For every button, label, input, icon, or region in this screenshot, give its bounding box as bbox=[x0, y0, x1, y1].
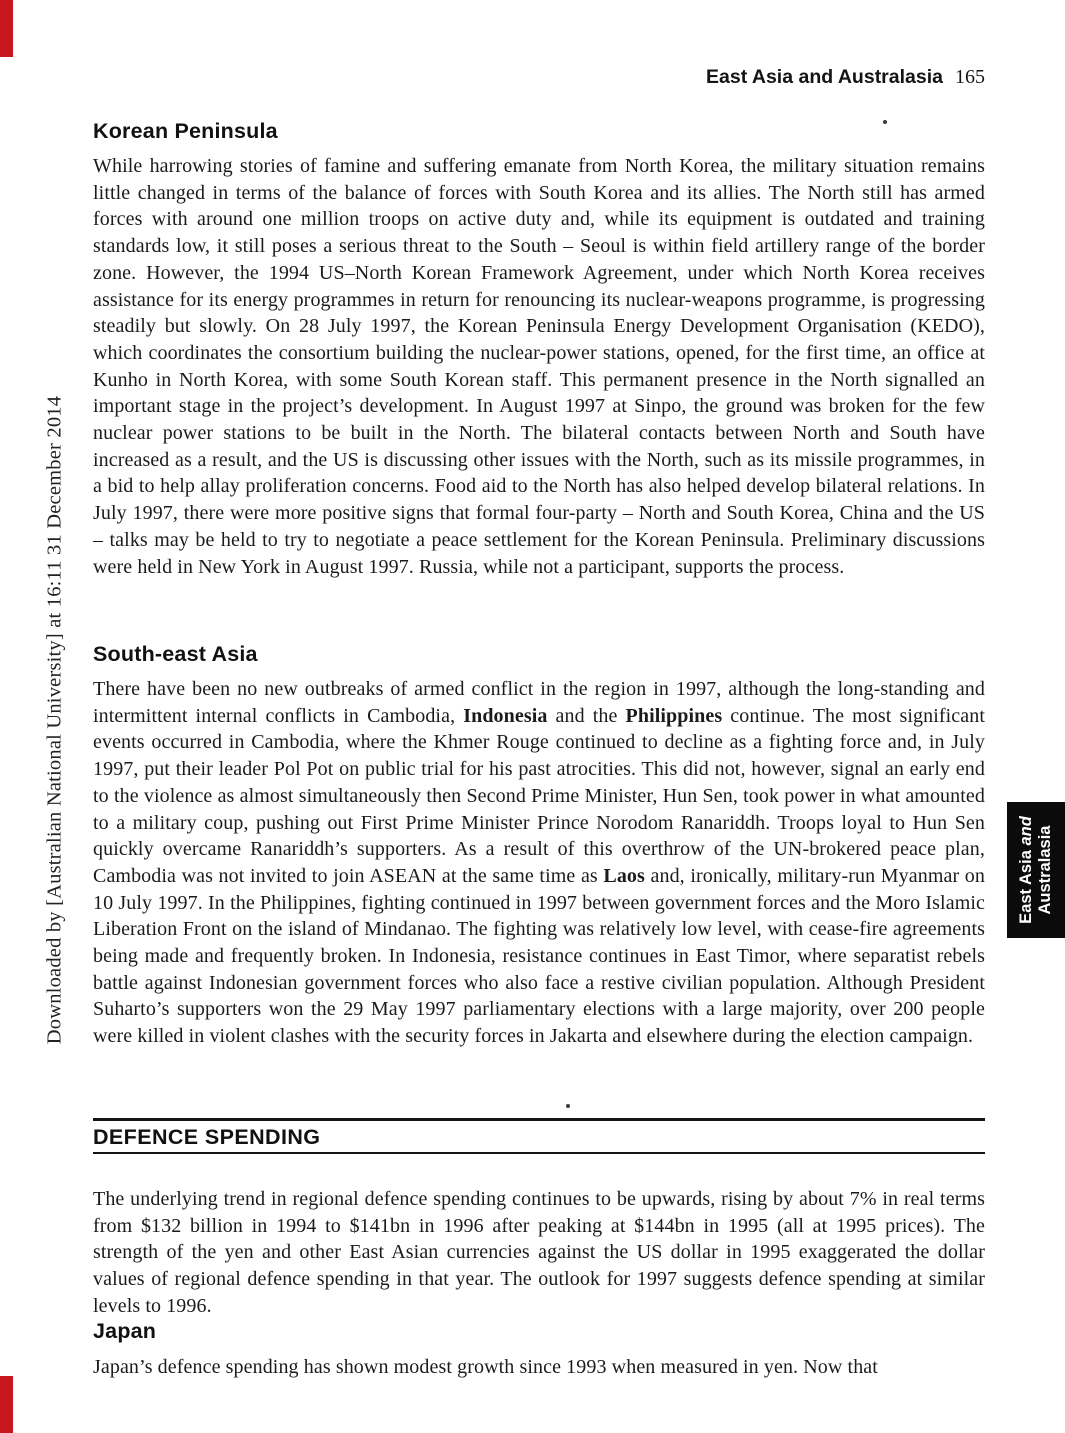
scanned-book-page: Downloaded by [Australian National Unive… bbox=[0, 0, 1065, 1433]
red-corner-mark-top bbox=[0, 0, 13, 57]
paragraph-japan: Japan’s defence spending has shown modes… bbox=[93, 1354, 985, 1381]
page-number: 165 bbox=[955, 66, 985, 88]
heading-japan: Japan bbox=[93, 1319, 985, 1344]
scan-speck bbox=[566, 1104, 570, 1108]
paragraph-korean-peninsula: While harrowing stories of famine and su… bbox=[93, 153, 985, 580]
heading-korean-peninsula: Korean Peninsula bbox=[93, 119, 985, 144]
heading-defence-spending: DEFENCE SPENDING bbox=[93, 1118, 985, 1154]
heading-south-east-asia: South-east Asia bbox=[93, 642, 985, 667]
paragraph-defence-spending: The underlying trend in regional defence… bbox=[93, 1186, 985, 1320]
running-header-title: East Asia and Australasia bbox=[706, 66, 943, 88]
section-edge-tab-label: East Asia and Australasia bbox=[1017, 802, 1055, 938]
section-edge-tab: East Asia and Australasia bbox=[1007, 802, 1065, 938]
running-header: East Asia and Australasia165 bbox=[93, 66, 985, 89]
paragraph-south-east-asia: There have been no new outbreaks of arme… bbox=[93, 676, 985, 1050]
red-corner-mark-bottom bbox=[0, 1376, 13, 1433]
download-watermark: Downloaded by [Australian National Unive… bbox=[44, 393, 72, 1048]
